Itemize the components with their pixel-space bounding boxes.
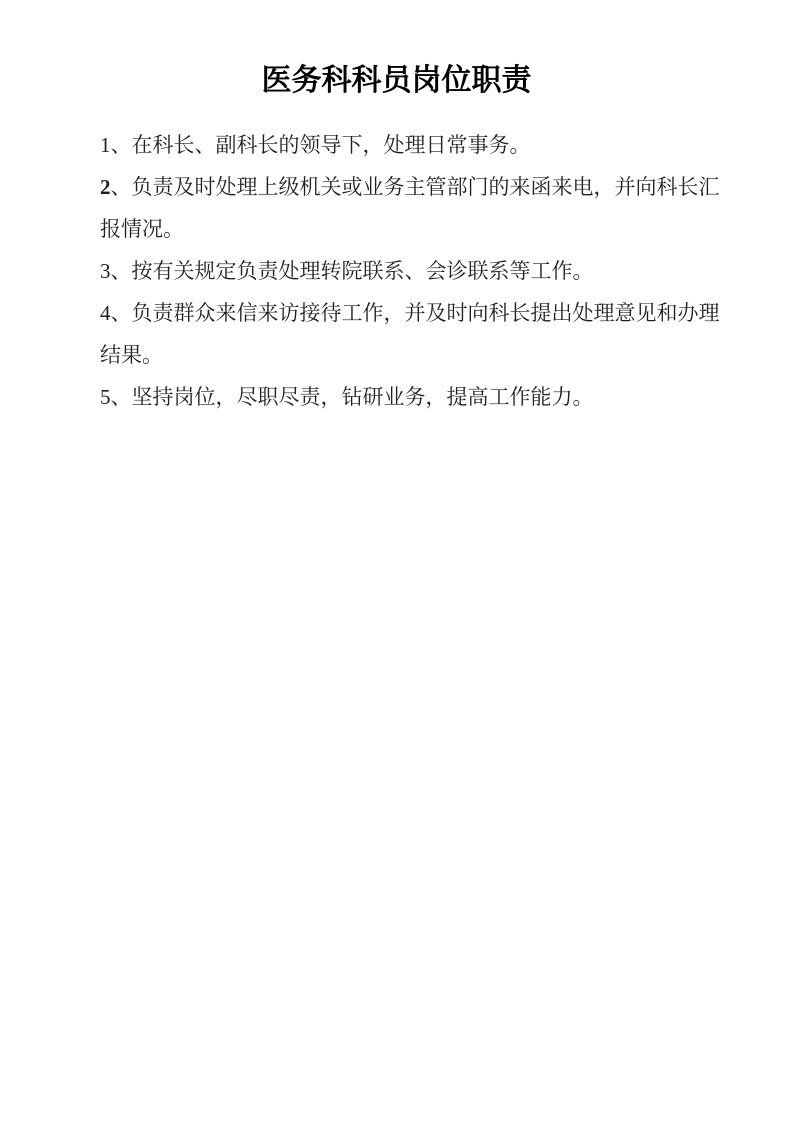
document-body: 1、在科长、副科长的领导下，处理日常事务。 2、负责及时处理上级机关或业务主管部… [100, 124, 732, 418]
item-delimiter: 、 [111, 385, 132, 409]
duty-item-line: 结果。 [100, 334, 732, 376]
item-number: 5 [100, 385, 111, 409]
document-page: 医务科科员岗位职责 1、在科长、副科长的领导下，处理日常事务。 2、负责及时处理… [0, 0, 793, 1122]
duty-item-line: 报情况。 [100, 208, 732, 250]
duty-item-line: 5、坚持岗位，尽职尽责，钻研业务，提高工作能力。 [100, 376, 732, 418]
item-delimiter: 、 [111, 301, 132, 325]
duty-item-line: 4、负责群众来信来访接待工作，并及时向科长提出处理意见和办理 [100, 292, 732, 334]
duty-item-line: 3、按有关规定负责处理转院联系、会诊联系等工作。 [100, 250, 732, 292]
item-number: 3 [100, 259, 111, 283]
item-text: 坚持岗位，尽职尽责，钻研业务，提高工作能力。 [132, 385, 594, 409]
duty-item-1: 1、在科长、副科长的领导下，处理日常事务。 [100, 124, 732, 166]
item-delimiter: 、 [111, 175, 132, 199]
duty-item-3: 3、按有关规定负责处理转院联系、会诊联系等工作。 [100, 250, 732, 292]
duty-item-line: 1、在科长、副科长的领导下，处理日常事务。 [100, 124, 732, 166]
item-number: 2 [100, 175, 111, 199]
duty-item-2: 2、负责及时处理上级机关或业务主管部门的来函来电，并向科长汇 报情况。 [100, 166, 732, 250]
item-delimiter: 、 [111, 133, 132, 157]
document-title: 医务科科员岗位职责 [0, 58, 793, 104]
duty-item-5: 5、坚持岗位，尽职尽责，钻研业务，提高工作能力。 [100, 376, 732, 418]
item-text: 按有关规定负责处理转院联系、会诊联系等工作。 [132, 259, 594, 283]
item-text: 在科长、副科长的领导下，处理日常事务。 [132, 133, 531, 157]
item-delimiter: 、 [111, 259, 132, 283]
item-text: 负责及时处理上级机关或业务主管部门的来函来电，并向科长汇 [132, 175, 720, 199]
item-text: 负责群众来信来访接待工作，并及时向科长提出处理意见和办理 [132, 301, 720, 325]
item-number: 4 [100, 301, 111, 325]
duty-item-line: 2、负责及时处理上级机关或业务主管部门的来函来电，并向科长汇 [100, 166, 732, 208]
duty-item-4: 4、负责群众来信来访接待工作，并及时向科长提出处理意见和办理 结果。 [100, 292, 732, 376]
item-number: 1 [100, 133, 111, 157]
